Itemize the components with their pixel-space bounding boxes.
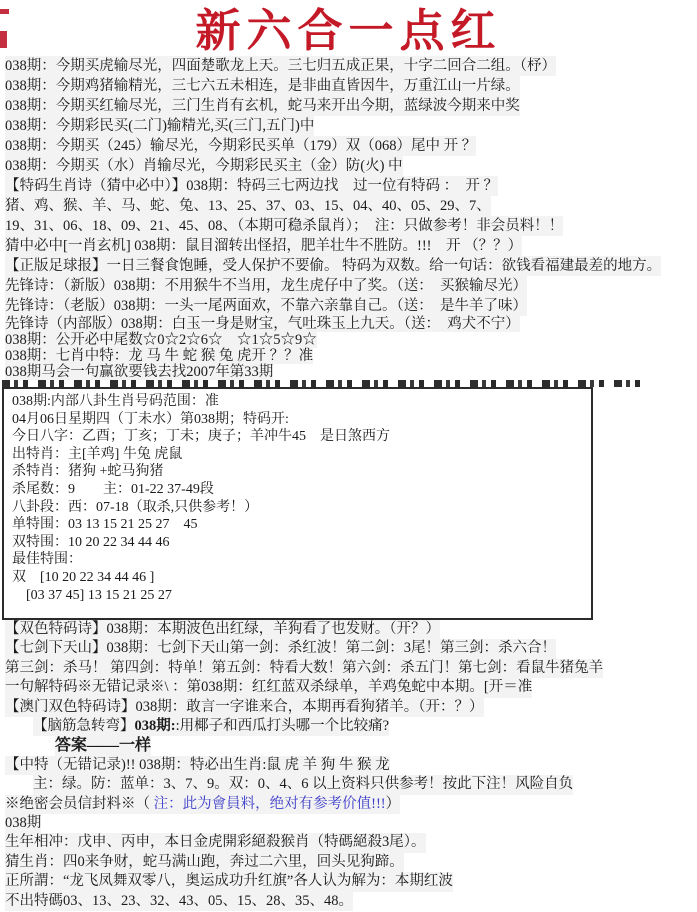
scan-artifact: [0, 9, 9, 14]
zodiac-number-list: 19、31、06、18、09、21、45、08、（本期可稳杀鼠肖）； 注：只做参…: [5, 216, 563, 236]
issue-line: 038期: [5, 814, 41, 833]
brainteaser-label: 【脑筋急转弯】: [33, 718, 135, 734]
tail-numbers-line: 038期：公开必中尾数☆0☆2☆6☆ ☆1☆5☆9☆: [5, 332, 317, 348]
verse-line: 038期：今期买红输尽光，三门生肖有玄机，蛇马来开出今期，蓝绿波今期来中奖: [5, 96, 520, 116]
box-line: 038期:内部八卦生肖号码范围：准: [12, 393, 219, 411]
scan-artifact: [0, 31, 7, 48]
two-color-poem: 【双色特码诗】038期：本期波色出红绿，羊狗看了也发财。（开？）: [5, 620, 440, 639]
top-verse-section: 038期：今期买虎输尽光，四面楚歌龙上天。三七归五成正果，十字二回合二组。（杼）…: [0, 56, 697, 316]
verse-line: 038期：今期买（水）肖输尽光，今期彩民买主（金）防(火) 中: [5, 156, 403, 176]
zodiac-number-list: 猪、鸡、猴、羊、马、蛇、兔、13、25、37、03、15、04、40、05、29…: [5, 196, 491, 216]
box-line: 出特肖：主[羊鸡] 牛兔 虎鼠: [12, 446, 182, 464]
verse-line: 038期：今期彩民买(二门)输精光,买(三门,五门)中: [5, 116, 314, 136]
clipped-text-band: [2, 380, 650, 387]
pioneer-poem-new: 先锋诗：（新版）038期：不用猴牛不当用，龙生虎仔中了奖。（送： 买猴输尽光）: [5, 276, 527, 296]
zhongte-line: 【中特（无错记录)!! 038期：特必出生肖:鼠 虎 羊 狗 牛 猴 龙: [5, 756, 390, 775]
zodiac-poem-header: 【特码生肖诗（猜中必中）】038期：特码三七两边找 过一位有特码 ： 开 ？: [5, 176, 498, 196]
saying-line: 正所謂：“龙飞凤舞双零八，奥运成功升红旗”各人认为解为：本期红波: [5, 872, 453, 891]
box-line: 双特围：10 20 22 34 44 46: [12, 534, 170, 552]
box-line: 双 [10 20 22 34 44 46 ]: [12, 569, 154, 587]
page-title: 新六合一点红: [0, 6, 697, 56]
seven-zodiac-line: 038期：七肖中特：龙 马 牛 蛇 猴 兔 虎开 ？？准: [5, 348, 313, 364]
box-line: 单特围：03 13 15 21 25 27 45: [12, 516, 198, 534]
verse-line: 038期：今期买虎输尽光，四面楚歌龙上天。三七归五成正果，十字二回合二组。（杼）: [5, 56, 556, 76]
birth-clash-line: 生年相冲：戊申、丙申，本日金虎開彩絕殺猴肖（特碼絕殺3尾）。: [5, 833, 426, 852]
member-note-line: ※绝密会员信封料※（ 注：此为會員料，绝对有参考价值!!!）: [5, 795, 400, 814]
box-line-date: 04月06日星期四（丁未水）第038期；特码开:: [12, 411, 289, 429]
bottom-section: 【双色特码诗】038期：本期波色出红绿，羊狗看了也发财。（开？） 【七剑下天山】…: [0, 620, 697, 911]
one-sentence-line: 一句解特码※无错记录※\ ：第038期：红红蓝双杀绿单，羊鸡兔蛇中本期。[开＝准: [5, 678, 532, 697]
member-close: ）: [386, 796, 401, 812]
verse-line: 猜中必中[一肖玄机] 038期：鼠目溜转出怪招，肥羊壮牛不胜防。!!! 开 （？…: [5, 236, 522, 256]
macau-poem-line: 【澳门双色特码诗】038期：敢言一字谁来合，本期再看狗猪羊。（开：？）: [5, 698, 484, 717]
brainteaser-answer: 答案——一样: [55, 736, 151, 755]
seven-swords-line: 第三剑：杀马！ 第四剑：特单！第五剑：特看大数！第六剑：杀五门！第七剑：看鼠牛猪…: [5, 659, 603, 678]
horse-club-line: 038期马会一句赢欲要钱去找2007年第33期: [5, 364, 273, 380]
verse-line: 038期：今期买（245）输尽光，今期彩民买单（179）双（068）尾中 开 ？: [5, 136, 476, 156]
main-defense-line: 主：绿。防：蓝单：3、7、9。双：0、4、6 以上资料只供参考！按此下注！风险自…: [33, 775, 573, 794]
brainteaser-issue: 038期:: [135, 718, 176, 734]
member-note: 注：此为會員料，绝对有参考价值!!!: [154, 796, 386, 812]
box-line: 杀尾数：9 主：01-22 37-49段: [12, 481, 214, 499]
bagua-info-box: 038期:内部八卦生肖号码范围：准 04月06日星期四（丁未水）第038期；特码…: [2, 387, 593, 620]
box-line: [03 37 45] 13 15 21 25 27: [12, 587, 172, 605]
excluded-numbers-line: 不出特碼03、13、23、32、43、05、15、28、35、48。: [5, 892, 353, 911]
pioneer-poem-old: 先锋诗：（老版）038期：一头一尾两面欢，不靠六亲靠自己。（送： 是牛羊了味）: [5, 296, 527, 316]
box-line: 最佳特围：: [12, 551, 82, 569]
mid-section: 先锋诗（内部版）038期：白玉一身是财宝，气吐珠玉上九天。（送： 鸡犬不宁） 0…: [0, 316, 697, 380]
guess-zodiac-line: 猜生肖：四0来争财，蛇马满山跑，奔过二六里，回头见狗蹄。: [5, 853, 404, 872]
member-label: ※绝密会员信封料※（: [5, 796, 154, 812]
brainteaser-line: 【脑筋急转弯】038期::用椰子和西瓜打头哪一个比较痛?: [33, 717, 389, 736]
box-line: 杀特肖：猪狗 +蛇马狗猪: [12, 463, 163, 481]
brainteaser-question: :用椰子和西瓜打头哪一个比较痛?: [176, 718, 389, 734]
seven-swords-line: 【七剑下天山】038期：七剑下天山第一剑：杀红波！第二剑：3尾！第三剑：杀六合！: [5, 639, 556, 658]
football-paper-line: 【正版足球报】一日三餐食饱睡，受人保护不要偷。 特码为双数。给一句话：欲钱看福建…: [5, 256, 661, 276]
verse-line: 038期：今期鸡猪输精光，三七六五未相连，是非曲直皆因牛，万重江山一片绿。: [5, 76, 520, 96]
pioneer-poem-internal: 先锋诗（内部版）038期：白玉一身是财宝，气吐珠玉上九天。（送： 鸡犬不宁）: [5, 316, 520, 332]
box-line-bazi: 今日八字：乙酉；丁亥；丁未；庚子；羊冲牛45 是日煞西方: [12, 428, 390, 446]
page: { "title": "新六合一点红", "colors": { "title_…: [0, 0, 697, 912]
box-line: 八卦段：西：07-18（取杀,只供参考！）: [12, 499, 258, 517]
